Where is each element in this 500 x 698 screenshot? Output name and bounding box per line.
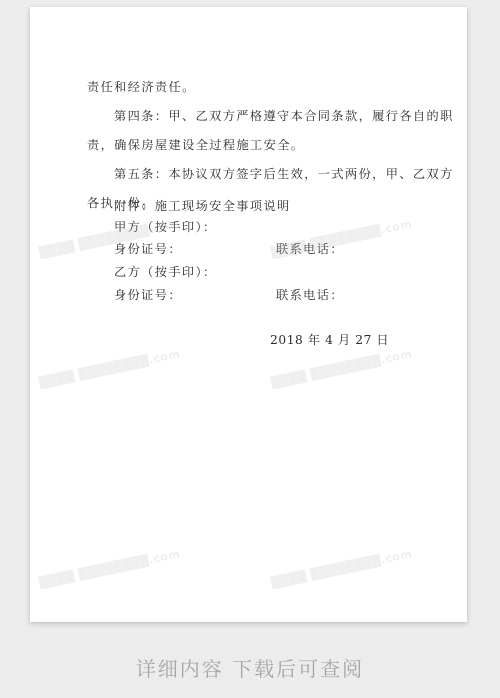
party-b-id-label: 身份证号： bbox=[114, 286, 182, 303]
doc-clause-5: 第五条：本协议双方签字后生效，一式两份，甲、乙双方 bbox=[114, 165, 454, 182]
watermark: ████ ████████.com bbox=[270, 547, 413, 590]
document-page: 责任和经济责任。 第四条：甲、乙双方严格遵守本合同条款，履行各自的职 责，确保房… bbox=[30, 7, 467, 622]
watermark: ████ ████████.com bbox=[270, 347, 413, 390]
party-b-label: 乙方（按手印）： bbox=[114, 263, 217, 280]
doc-line: 责，确保房屋建设全过程施工安全。 bbox=[87, 136, 304, 153]
watermark: ████ ████████.com bbox=[38, 347, 181, 390]
download-hint: 详细内容 下载后可查阅 bbox=[0, 653, 500, 682]
doc-line: 责任和经济责任。 bbox=[87, 78, 196, 95]
doc-clause-4: 第四条：甲、乙双方严格遵守本合同条款，履行各自的职 bbox=[114, 107, 454, 124]
doc-attachment: 附件：施工现场安全事项说明 bbox=[114, 197, 291, 214]
party-a-id-label: 身份证号： bbox=[114, 240, 182, 257]
party-b-phone-label: 联系电话： bbox=[276, 286, 344, 303]
watermark: ████ ████████.com bbox=[38, 547, 181, 590]
signing-date: 2018 年 4 月 27 日 bbox=[270, 331, 389, 348]
